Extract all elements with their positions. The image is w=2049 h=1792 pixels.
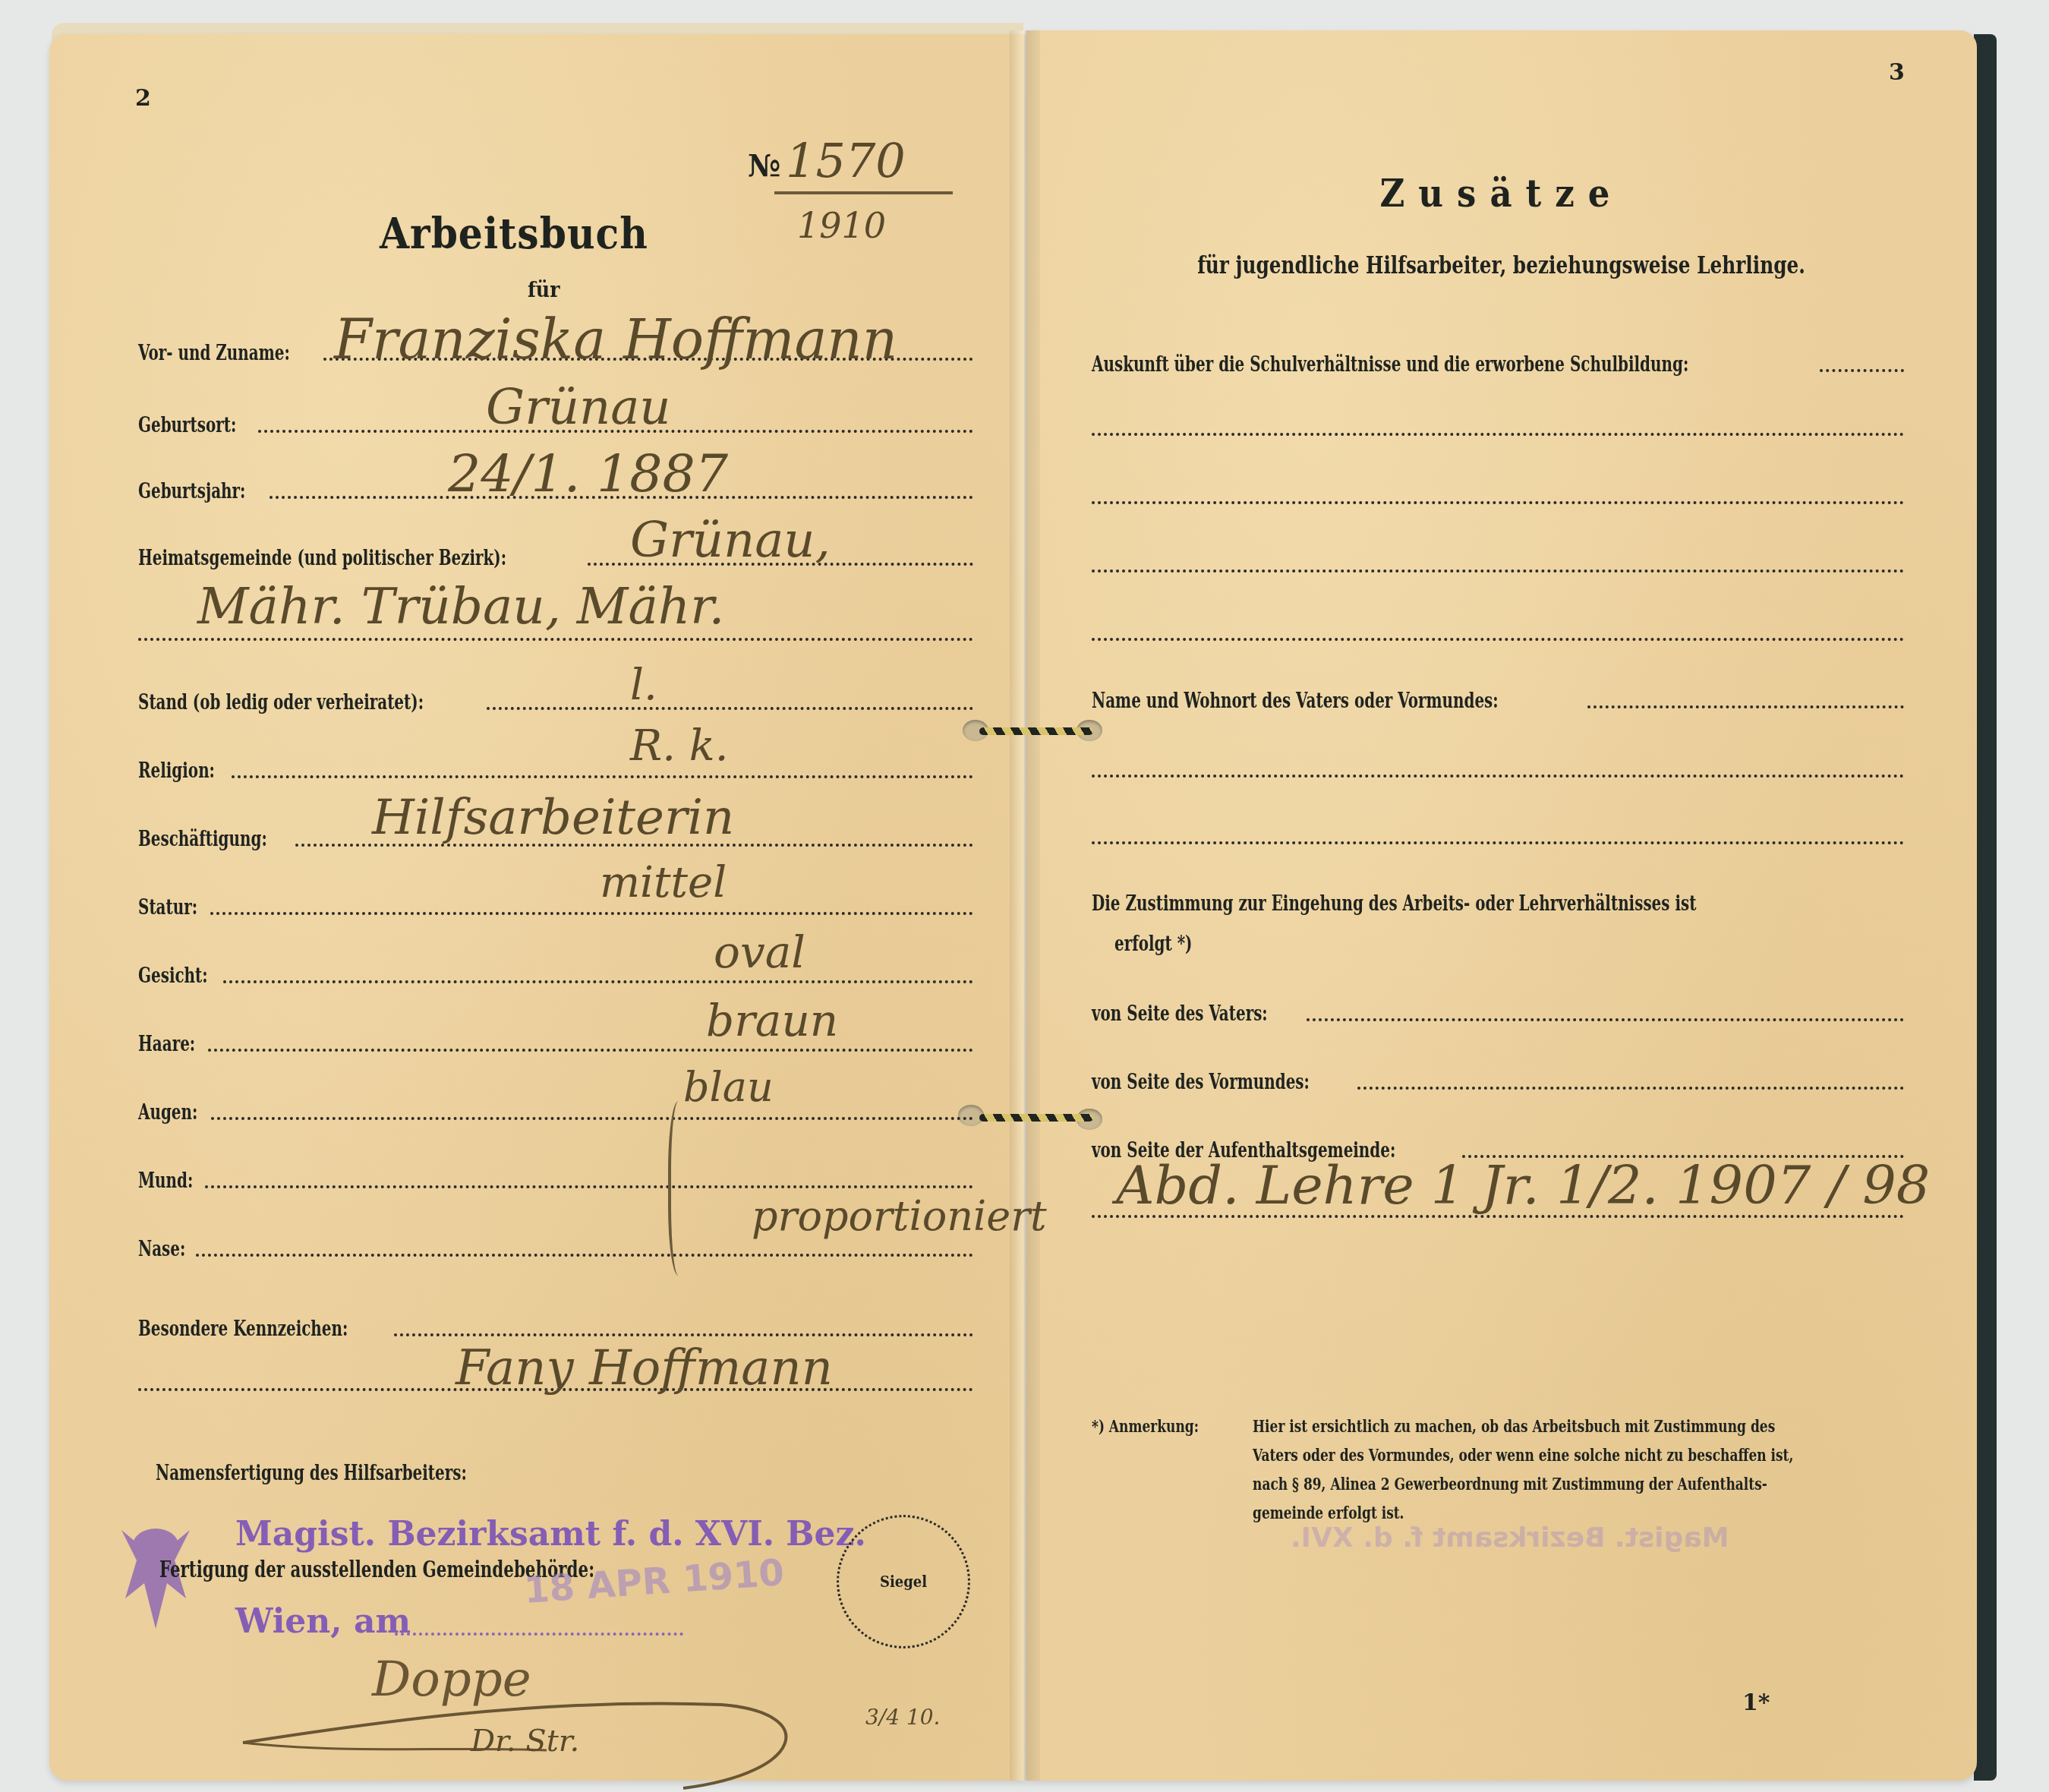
field-occupation-value: Hilfsarbeiterin [372,790,734,846]
field-mouth: Mund: [138,1169,973,1193]
field-marital-status: Stand (ob ledig oder verheiratet): [138,691,973,715]
right-title-wrap: Zusätze [1026,171,1977,216]
book-cover-edge [1974,34,1997,1781]
field-stature-value: mittel [600,858,727,907]
seal-placeholder: Siegel [837,1515,970,1648]
faint-stamp-offset: Magist. Bezirksamt f. d. XVI. [1291,1522,1729,1554]
right-subtitle-wrap: für jugendliche Hilfsarbeiter, beziehung… [1026,251,1977,279]
field-birthyear-value: 24/1. 1887 [448,444,728,504]
school-line [1092,638,1904,641]
consent-text-row-2: erfolgt *) [1114,932,1418,956]
number-label: № [748,148,780,184]
field-stature: Statur: [138,896,973,920]
fuer-label: für [528,277,560,302]
worker-signature: Fany Hoffmann [456,1340,833,1396]
field-religion: Religion: [138,759,973,783]
footnote-marker: *) Anmerkung: [1092,1412,1199,1441]
field-nose-value: proportioniert [752,1192,1047,1240]
signature-mark: 1* [1742,1689,1770,1716]
field-home-district-value: Mähr. Trübau, Mähr. [197,577,725,636]
authority-stamp-line2: Wien, am [235,1602,411,1641]
worker-signature-label-row: Namensfertigung des Hilfsarbeiters: [156,1462,687,1485]
footnote-line-2: Vaters oder des Vormundes, oder wenn ein… [1253,1441,1793,1470]
school-line [1092,433,1904,436]
field-home-district-line [138,638,973,641]
year-handwritten: 1910 [797,205,886,246]
field-eyes-value: blau [683,1063,774,1111]
field-name-value: Franziska Hoffmann [334,308,897,371]
field-birthplace-value: Grünau [486,380,671,436]
field-home-municipality: Heimatsgemeinde (und politischer Bezirk)… [138,547,973,570]
margin-note: 3/4 10. [865,1705,941,1730]
binding-thread [979,1114,1093,1122]
field-face-value: oval [714,926,805,978]
field-nose: Nase: [138,1238,973,1261]
consent-handwritten-entry: Abd. Lehre 1 Jr. 1/2. 1907 / 98 [1116,1154,1930,1216]
authority-stamp-line1: Magist. Bezirksamt f. d. XVI. Bez. [235,1515,866,1554]
ditto-bracket [668,1101,694,1276]
field-face: Gesicht: [138,964,973,988]
field-school-info: Auskunft über die Schulverhältnisse und … [1092,353,1904,377]
book-spine [1010,30,1040,1781]
stamp-date-line [395,1633,683,1636]
school-line [1092,501,1904,504]
page-number-left: 2 [135,85,151,112]
field-marital-status-value: l. [630,661,657,710]
field-hair-value: braun [706,995,838,1046]
consent-text-row: Die Zustimmung zur Eingehung des Arbeits… [1092,892,1927,916]
binding-thread [979,727,1093,735]
parent-line [1092,775,1904,778]
right-title: Zusätze [1380,171,1624,216]
field-special-marks: Besondere Kennzeichen: [138,1317,973,1341]
field-religion-value: R. k. [630,721,729,771]
footnote-line-1: Hier ist ersichtlich zu machen, ob das A… [1253,1412,1775,1441]
official-title: Dr. Str. [471,1724,579,1759]
right-subtitle: für jugendliche Hilfsarbeiter, beziehung… [1198,251,1806,279]
document-title: Arbeitsbuch [380,209,648,259]
number-underline [774,191,953,194]
page-number-right: 3 [1889,59,1905,86]
book-number: 1570 [786,133,906,188]
field-hair: Haare: [138,1033,973,1056]
field-eyes: Augen: [138,1101,973,1125]
footnote-line-3: nach § 89, Alinea 2 Gewerbeordnung mit Z… [1253,1470,1767,1499]
field-home-municipality-value: Grünau, [630,513,831,569]
school-line [1092,569,1904,573]
consent-guardian: von Seite des Vormundes: [1092,1071,1904,1094]
consent-father: von Seite des Vaters: [1092,1002,1904,1026]
parent-line [1092,841,1904,844]
field-parent: Name und Wohnort des Vaters oder Vormund… [1092,689,1904,713]
